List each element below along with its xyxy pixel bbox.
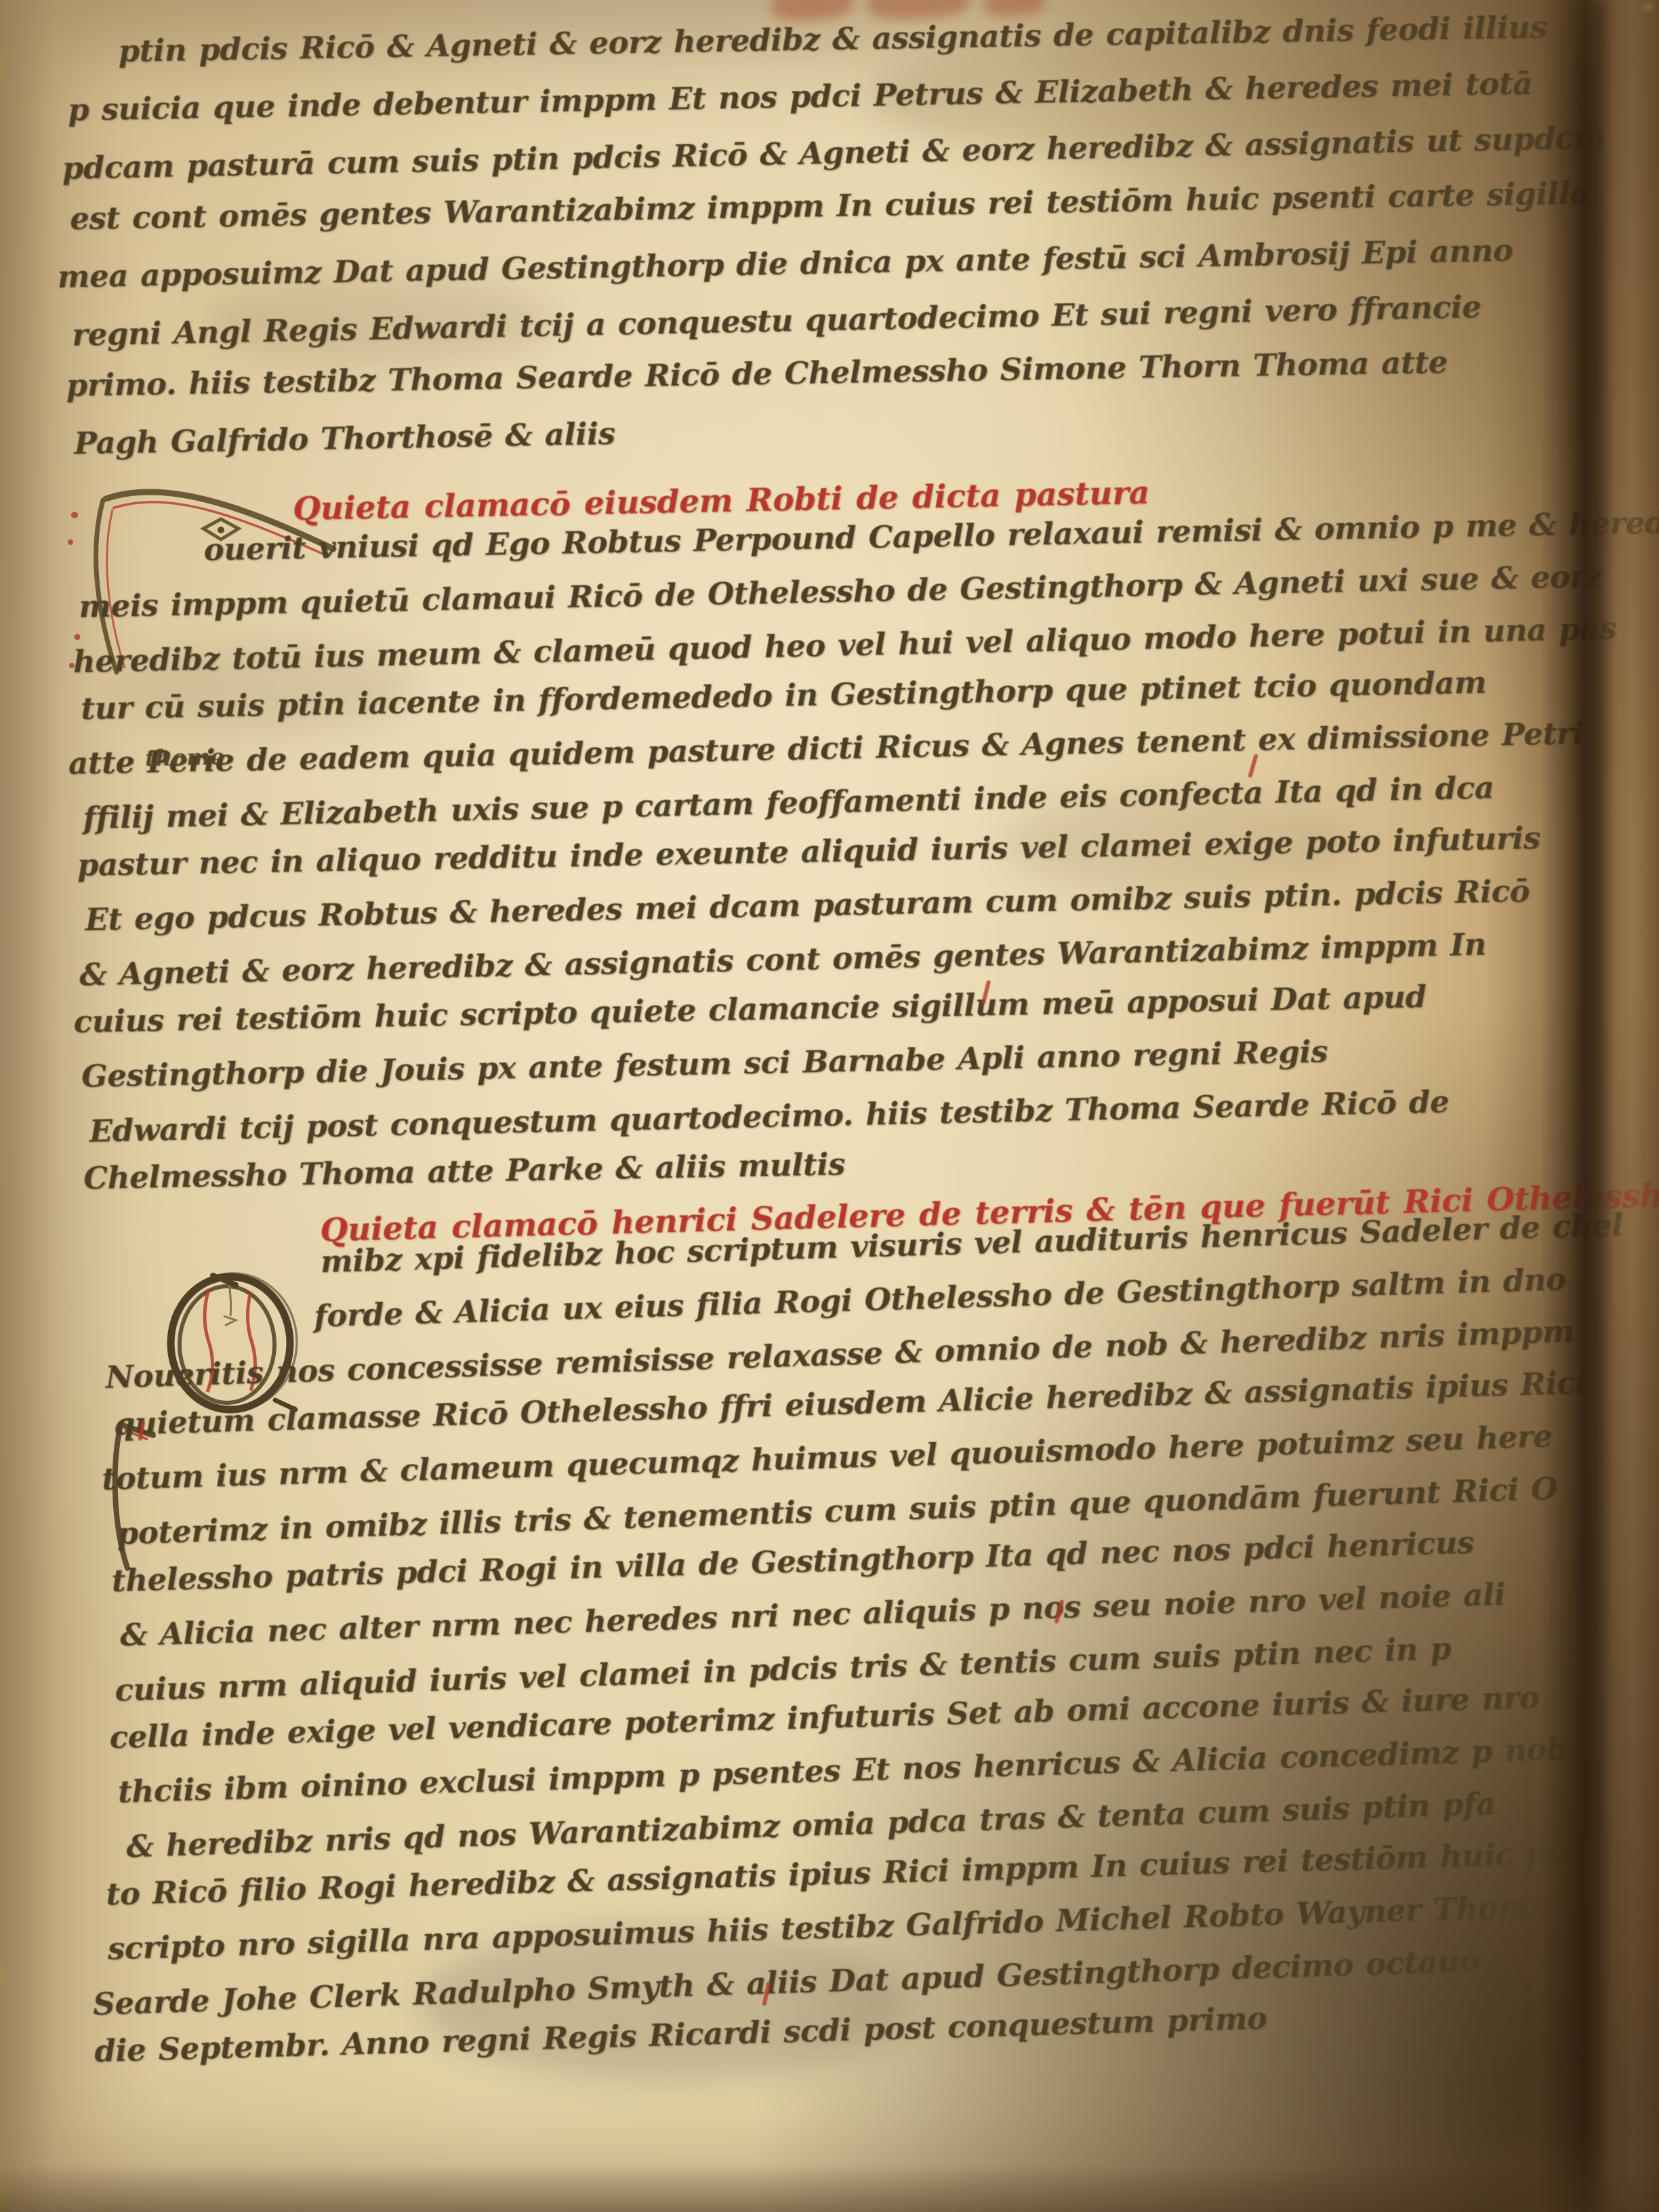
photo-vignette [0,0,1659,2212]
manuscript-photo: ptin pdcis Ricō & Agneti & eorz heredibz… [0,0,1659,2212]
